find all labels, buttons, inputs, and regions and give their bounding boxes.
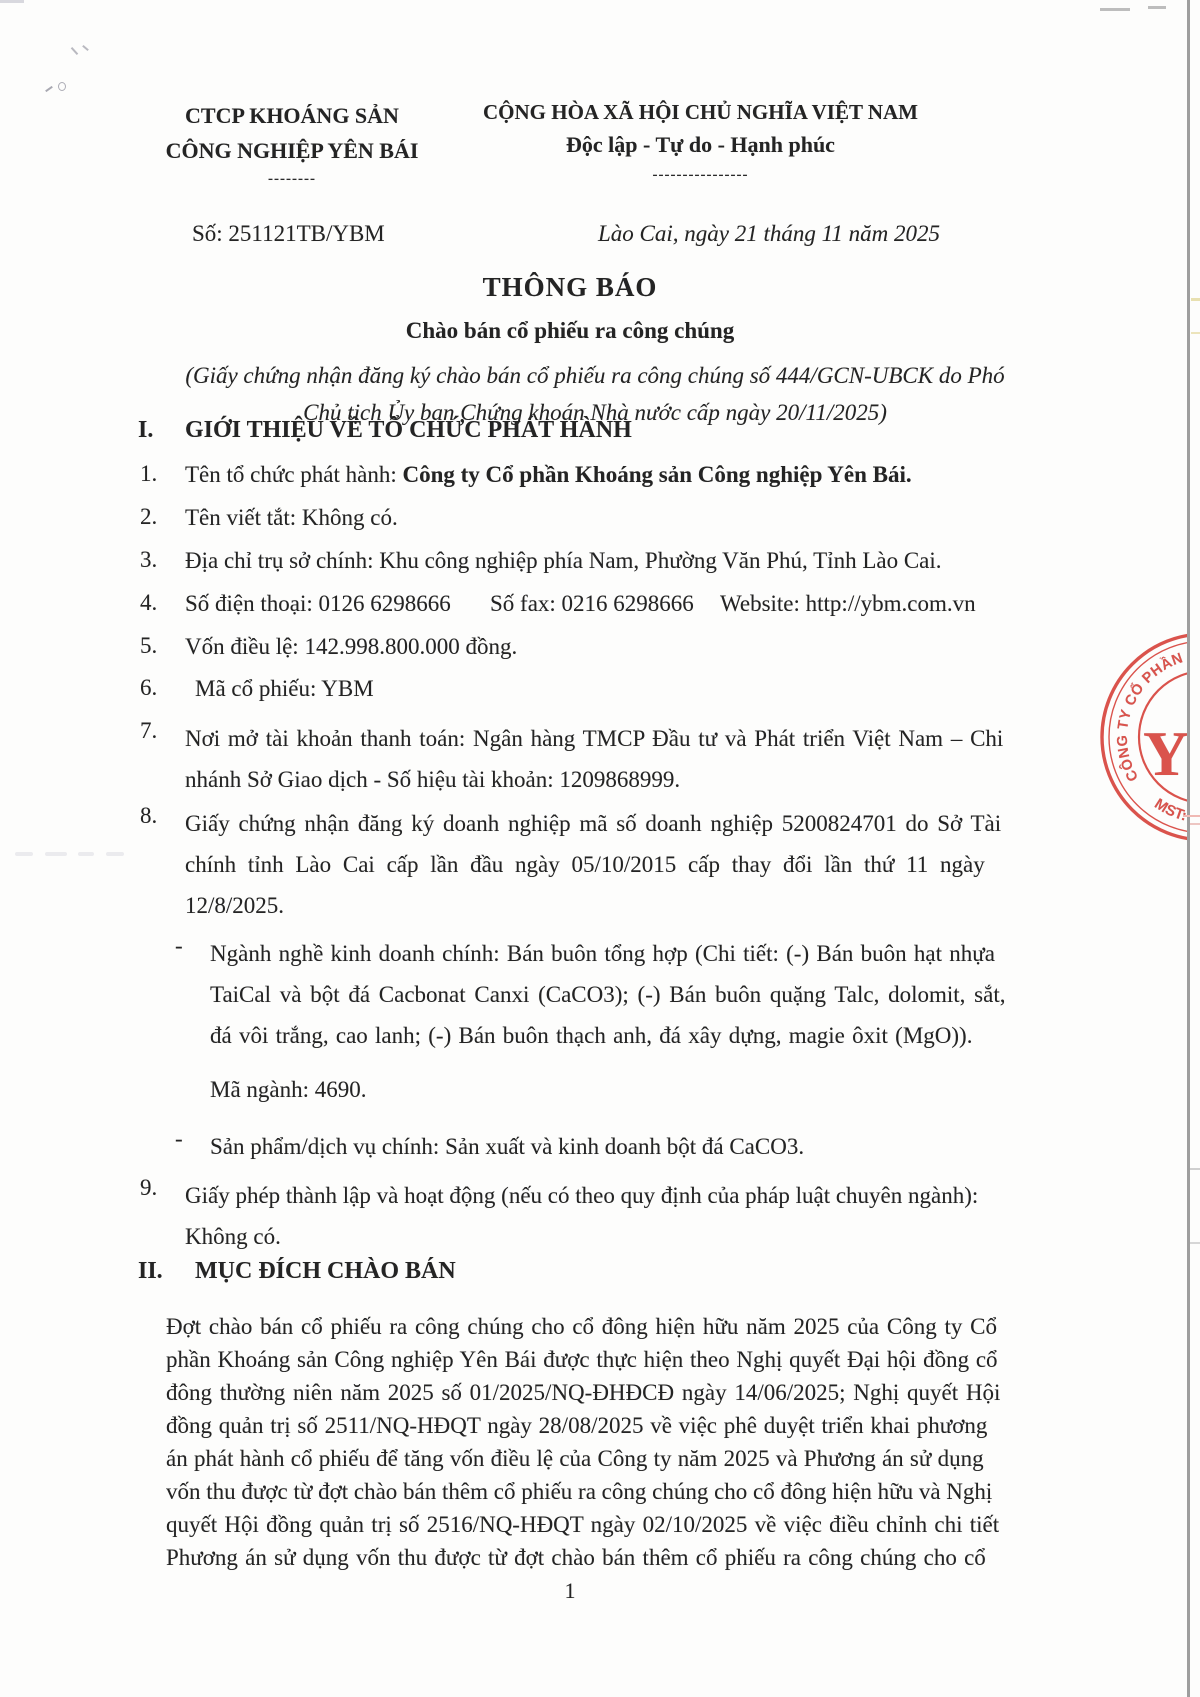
sub-item-line: đá vôi trắng, cao lanh; (-) Bán buôn thạ… <box>210 1015 1082 1056</box>
document-subtitle: Chào bán cổ phiếu ra công chúng <box>0 318 1140 344</box>
national-header-block: CỘNG HÒA XÃ HỘI CHỦ NGHĨA VIỆT NAM Độc l… <box>428 100 973 184</box>
item-number: 4. <box>140 590 185 618</box>
sub-item-line: Ngành nghề kinh doanh chính: Bán buôn tổ… <box>210 933 1082 974</box>
issuer-divider: -------- <box>138 171 446 188</box>
scan-artifact <box>106 852 124 856</box>
list-item: 5. Vốn điều lệ: 142.998.800.000 đồng. <box>140 633 1087 660</box>
scan-artifact <box>1100 8 1130 11</box>
sub-item-line: TaiCal và bột đá Cacbonat Canxi (CaCO3);… <box>210 974 1082 1015</box>
document-number: Số: 251121TB/YBM <box>192 221 385 247</box>
section-2-numeral: II. <box>138 1258 195 1285</box>
item-text-line: nhánh Sở Giao dịch - Số hiệu tài khoản: … <box>185 759 1082 800</box>
paragraph-line: án phát hành cổ phiếu để tăng vốn điều l… <box>166 1442 1082 1475</box>
section-1-numeral: I. <box>138 417 185 444</box>
list-item: 9. Giấy phép thành lập và hoạt động (nếu… <box>140 1175 1087 1257</box>
item-text-line: Nơi mở tài khoản thanh toán: Ngân hàng T… <box>185 718 1082 759</box>
section-2-title: MỤC ĐÍCH CHÀO BÁN <box>195 1258 456 1285</box>
scan-artifact <box>78 852 94 856</box>
list-item: 6. Mã cổ phiếu: YBM <box>140 675 1087 702</box>
document-title: THÔNG BÁO <box>0 272 1140 303</box>
item-number: 1. <box>140 461 185 488</box>
page-number: 1 <box>0 1578 1140 1604</box>
list-item: 7. Nơi mở tài khoản thanh toán: Ngân hàn… <box>140 718 1087 800</box>
dash-marker: - <box>175 933 210 1056</box>
dash-marker: - <box>175 1126 210 1167</box>
sub-item-text: Ngành nghề kinh doanh chính: Bán buôn tổ… <box>210 933 1082 1056</box>
scan-artifact <box>82 45 89 51</box>
sub-item-line: Sản phẩm/dịch vụ chính: Sản xuất và kinh… <box>210 1126 1082 1167</box>
national-motto: Độc lập - Tự do - Hạnh phúc <box>428 132 973 158</box>
issuer-header-block: CTCP KHOÁNG SẢN CÔNG NGHIỆP YÊN BÁI ----… <box>138 103 446 188</box>
sub-item-text: Sản phẩm/dịch vụ chính: Sản xuất và kinh… <box>210 1126 1082 1167</box>
paragraph-line: vốn thu được từ đợt chào bán thêm cổ phi… <box>166 1475 1082 1508</box>
place-and-date: Lào Cai, ngày 21 tháng 11 năm 2025 <box>598 221 940 247</box>
certificate-note-line1: (Giấy chứng nhận đăng ký chào bán cổ phi… <box>95 357 1095 394</box>
scan-artifact <box>1190 1242 1200 1244</box>
paragraph-line: Phương án sử dụng vốn thu được từ đợt ch… <box>166 1541 1082 1574</box>
scan-artifact <box>45 86 53 92</box>
scan-artifact <box>71 47 79 55</box>
scan-artifact <box>0 0 24 3</box>
item-number: 5. <box>140 633 185 660</box>
paragraph-line: quyết Hội đồng quản trị số 2516/NQ-HĐQT … <box>166 1508 1082 1541</box>
item-number: 7. <box>140 718 185 800</box>
item-number: 8. <box>140 803 185 926</box>
purpose-paragraph: Đợt chào bán cổ phiếu ra công chúng cho … <box>166 1310 1082 1574</box>
scan-artifact <box>1190 1168 1200 1170</box>
section-1-heading: I. GIỚI THIỆU VỀ TỔ CHỨC PHÁT HÀNH <box>138 417 1098 444</box>
company-seal-stamp: CÔNG TY CỔ PHẦN KHOÁN MST: YB <box>1005 600 1187 882</box>
fax-value: Số fax: 0216 6298666 <box>490 590 694 617</box>
dash-sub-item: - Ngành nghề kinh doanh chính: Bán buôn … <box>175 933 1082 1056</box>
paragraph-line: đông thường niên năm 2025 số 01/2025/NQ-… <box>166 1376 1082 1409</box>
phone-value: Số điện thoại: 0126 6298666 <box>185 590 451 617</box>
website-value: Website: http://ybm.com.vn <box>720 590 976 617</box>
item-number: 9. <box>140 1175 185 1257</box>
item-text: Số điện thoại: 0126 6298666 Số fax: 0216… <box>185 590 1087 618</box>
industry-code-line: Mã ngành: 4690. <box>210 1077 367 1103</box>
item-number: 6. <box>140 675 185 702</box>
paragraph-line: phần Khoáng sản Công nghiệp Yên Bái được… <box>166 1343 1082 1376</box>
item-value: Công ty Cổ phần Khoáng sản Công nghiệp Y… <box>402 462 911 487</box>
paragraph-line: Đợt chào bán cổ phiếu ra công chúng cho … <box>166 1310 1082 1343</box>
issuer-name-line1: CTCP KHOÁNG SẢN <box>138 103 446 129</box>
section-2-heading: II. MỤC ĐÍCH CHÀO BÁN <box>138 1258 1098 1285</box>
scan-artifact <box>1183 815 1200 817</box>
seal-center-monogram: YB <box>1143 718 1187 789</box>
item-text-line: Không có. <box>185 1216 1082 1257</box>
scan-artifact <box>1148 6 1166 9</box>
item-text-line: chính tỉnh Lào Cai cấp lần đầu ngày 05/1… <box>185 844 1082 885</box>
issuer-name-line2: CÔNG NGHIỆP YÊN BÁI <box>138 138 446 164</box>
item-text-line: Giấy phép thành lập và hoạt động (nếu có… <box>185 1175 1082 1216</box>
list-item: 3. Địa chỉ trụ sở chính: Khu công nghiệp… <box>140 547 1087 574</box>
scan-artifact <box>1191 298 1200 301</box>
item-text: Địa chỉ trụ sở chính: Khu công nghiệp ph… <box>185 547 1087 574</box>
item-text: Mã cổ phiếu: YBM <box>185 675 1097 702</box>
item-number: 3. <box>140 547 185 574</box>
item-text: Giấy chứng nhận đăng ký doanh nghiệp mã … <box>185 803 1087 926</box>
seal-graphic: CÔNG TY CỔ PHẦN KHOÁN MST: YB <box>1005 600 1187 882</box>
item-number: 2. <box>140 504 185 531</box>
item-label: Tên tổ chức phát hành: <box>185 462 402 487</box>
list-item: 2. Tên viết tắt: Không có. <box>140 504 1087 531</box>
list-item: 4. Số điện thoại: 0126 6298666 Số fax: 0… <box>140 590 1087 618</box>
scan-artifact <box>1191 332 1200 334</box>
paragraph-line: đồng quản trị số 2511/NQ-HĐQT ngày 28/08… <box>166 1409 1082 1442</box>
item-text-line: Giấy chứng nhận đăng ký doanh nghiệp mã … <box>185 803 1082 844</box>
item-text: Nơi mở tài khoản thanh toán: Ngân hàng T… <box>185 718 1087 800</box>
scan-artifact <box>15 852 33 856</box>
scan-artifact <box>1190 823 1200 825</box>
item-text: Tên viết tắt: Không có. <box>185 504 1087 531</box>
scan-page-edge <box>1187 0 1190 1697</box>
item-text: Giấy phép thành lập và hoạt động (nếu có… <box>185 1175 1087 1257</box>
scan-artifact <box>45 852 67 856</box>
item-text: Tên tổ chức phát hành: Công ty Cổ phần K… <box>185 461 1087 488</box>
item-text-line: 12/8/2025. <box>185 885 1082 926</box>
list-item: 1. Tên tổ chức phát hành: Công ty Cổ phầ… <box>140 461 1087 488</box>
national-title: CỘNG HÒA XÃ HỘI CHỦ NGHĨA VIỆT NAM <box>428 100 973 125</box>
item-text: Vốn điều lệ: 142.998.800.000 đồng. <box>185 633 1087 660</box>
motto-divider: ---------------- <box>428 167 973 184</box>
section-1-title: GIỚI THIỆU VỀ TỔ CHỨC PHÁT HÀNH <box>185 417 632 444</box>
list-item: 8. Giấy chứng nhận đăng ký doanh nghiệp … <box>140 803 1087 926</box>
dash-sub-item: - Sản phẩm/dịch vụ chính: Sản xuất và ki… <box>175 1126 1082 1167</box>
scan-artifact <box>58 82 66 91</box>
